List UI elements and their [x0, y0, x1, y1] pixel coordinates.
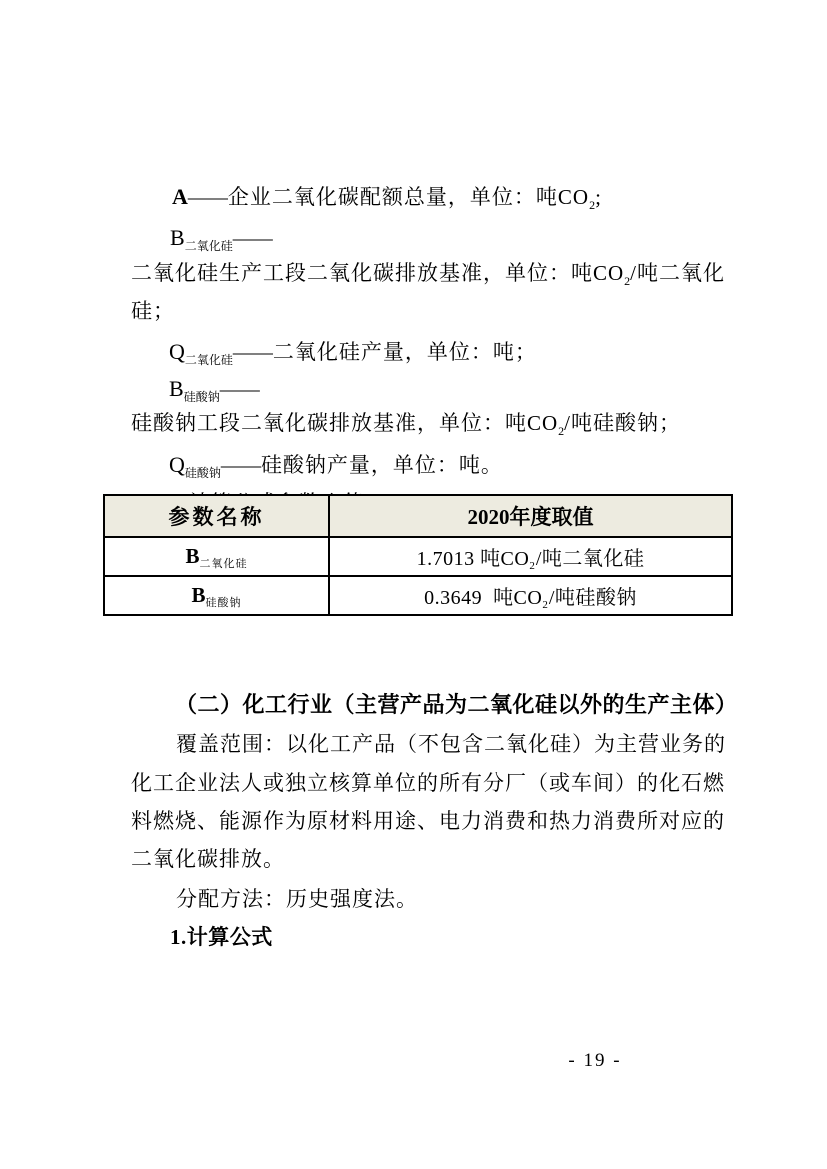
symbol-b-subscript: 硅酸钠 — [206, 597, 242, 609]
definition-b-na-tail: /吨硅酸钠； — [564, 411, 681, 435]
symbol-b: B — [191, 583, 205, 607]
value-unit-post: /吨硅酸钠 — [549, 587, 637, 609]
value-cell-b-na: 0.3649 吨CO2/吨硅酸钠 — [329, 576, 732, 615]
header-2020-value: 2020年度取值 — [329, 495, 732, 537]
value-cell-b-sio2: 1.7013 吨CO2/吨二氧化硅 — [329, 537, 732, 576]
header-param-name: 参数名称 — [104, 495, 329, 537]
value-number: 1.7013 — [417, 548, 475, 570]
co2-subscript: 2 — [558, 424, 564, 438]
value-unit: 吨CO — [475, 548, 530, 570]
table-row: B硅酸钠 0.3649 吨CO2/吨硅酸钠 — [104, 576, 732, 615]
parameter-table: 参数名称 2020年度取值 B二氧化硅 1.7013 吨CO2/吨二氧化硅 B硅… — [103, 494, 733, 616]
co2-subscript: 2 — [542, 599, 549, 611]
co2-subscript: 2 — [624, 274, 630, 288]
symbol-b: B — [185, 544, 199, 568]
symbol-b-subscript: 二氧化硅 — [200, 558, 248, 570]
value-unit: 吨CO — [482, 587, 542, 609]
table-row: B二氧化硅 1.7013 吨CO2/吨二氧化硅 — [104, 537, 732, 576]
document-page: A——企业二氧化碳配额总量，单位：吨CO2; B二氧化硅—— 二氧化硅生产工段二… — [0, 0, 827, 1169]
definition-q-sio2-text: 二氧化硅产量，单位：吨； — [273, 340, 537, 364]
value-number: 0.3649 — [424, 587, 482, 609]
page-number: - 19 - — [553, 1050, 637, 1072]
value-unit-post: /吨二氧化硅 — [536, 548, 645, 570]
co2-subscript: 2 — [529, 560, 536, 572]
table-header-row: 参数名称 2020年度取值 — [104, 495, 732, 537]
definition-b-sio2-cont1: 二氧化硅生产工段二氧化碳排放基准，单位：吨CO2/吨二氧化 — [106, 231, 725, 315]
param-cell-b-na: B硅酸钠 — [104, 576, 329, 615]
formula-heading: 1.计算公式 — [147, 895, 273, 979]
co2-subscript: 2 — [589, 198, 595, 212]
definition-a-tail: ; — [595, 185, 602, 209]
definition-b-sio2-tail: /吨二氧化 — [630, 261, 725, 285]
param-cell-b-sio2: B二氧化硅 — [104, 537, 329, 576]
definition-b-sio2-text: 二氧化硅生产工段二氧化碳排放基准，单位：吨CO — [131, 261, 624, 285]
definition-a-text: 企业二氧化碳配额总量，单位：吨CO — [228, 185, 589, 209]
